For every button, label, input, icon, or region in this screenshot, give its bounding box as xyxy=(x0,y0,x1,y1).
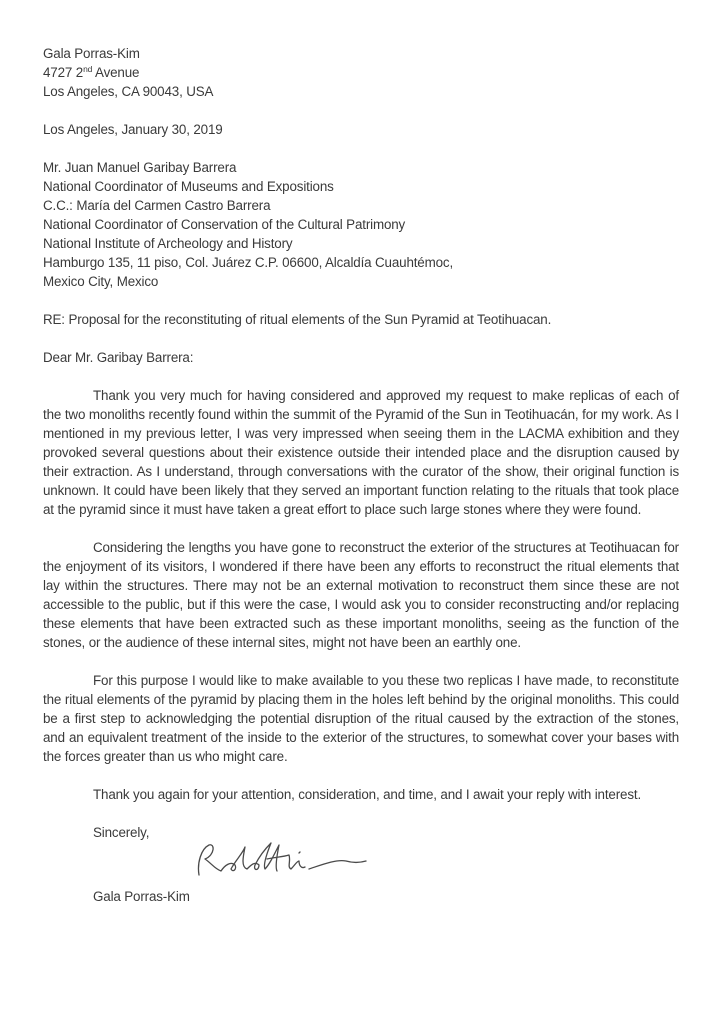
recipient-line: C.C.: María del Carmen Castro Barrera xyxy=(43,196,679,215)
recipient-line: National Institute of Archeology and His… xyxy=(43,234,679,253)
closing: Sincerely, xyxy=(93,823,149,842)
signature-icon xyxy=(191,835,371,885)
signed-name: Gala Porras-Kim xyxy=(93,887,679,906)
street-number: 4727 2 xyxy=(43,65,83,80)
signature-block: Sincerely, xyxy=(43,823,679,887)
sender-name: Gala Porras-Kim xyxy=(43,44,679,63)
salutation: Dear Mr. Garibay Barrera: xyxy=(43,348,679,367)
subject-line: RE: Proposal for the reconstituting of r… xyxy=(43,310,679,329)
sender-address: Gala Porras-Kim 4727 2nd Avenue Los Ange… xyxy=(43,44,679,101)
sender-city: Los Angeles, CA 90043, USA xyxy=(43,82,679,101)
body-paragraph-4: Thank you again for your attention, cons… xyxy=(43,785,679,804)
sender-street: 4727 2nd Avenue xyxy=(43,63,679,82)
body-paragraph-3: For this purpose I would like to make av… xyxy=(43,671,679,766)
recipient-line: National Coordinator of Conservation of … xyxy=(43,215,679,234)
recipient-line: Hamburgo 135, 11 piso, Col. Juárez C.P. … xyxy=(43,253,679,272)
recipient-address: Mr. Juan Manuel Garibay Barrera National… xyxy=(43,158,679,291)
street-name: Avenue xyxy=(92,65,139,80)
recipient-line: National Coordinator of Museums and Expo… xyxy=(43,177,679,196)
letter-page: Gala Porras-Kim 4727 2nd Avenue Los Ange… xyxy=(43,44,679,906)
letter-date: Los Angeles, January 30, 2019 xyxy=(43,120,679,139)
ordinal-suffix: nd xyxy=(83,64,92,74)
recipient-line: Mexico City, Mexico xyxy=(43,272,679,291)
body-paragraph-1: Thank you very much for having considere… xyxy=(43,386,679,519)
body-paragraph-2: Considering the lengths you have gone to… xyxy=(43,538,679,652)
recipient-line: Mr. Juan Manuel Garibay Barrera xyxy=(43,158,679,177)
